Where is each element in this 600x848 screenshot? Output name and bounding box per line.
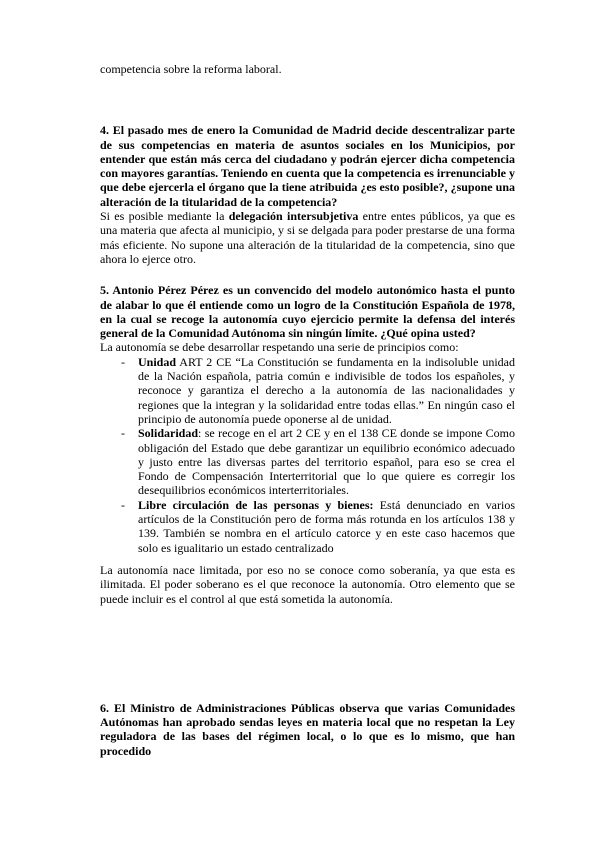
list-item: -Solidaridad: se recoge en el art 2 CE y… bbox=[100, 426, 515, 497]
bullet-unidad-text: ART 2 CE “La Constitución se fundamenta … bbox=[138, 355, 515, 426]
dash-bullet-marker: - bbox=[121, 498, 125, 512]
list-item: -Unidad ART 2 CE “La Constitución se fun… bbox=[100, 355, 515, 426]
list-item: -Libre circulación de las personas y bie… bbox=[100, 498, 515, 555]
document-content: competencia sobre la reforma laboral. 4.… bbox=[0, 0, 600, 758]
question-5-closing-paragraph: La autonomía nace limitada, por eso no s… bbox=[100, 563, 515, 606]
question-5-answer-intro: La autonomía se debe desarrollar respeta… bbox=[100, 340, 515, 354]
question-4-answer: Si es posible mediante la delegación int… bbox=[100, 209, 515, 266]
bullet-libre-circulacion-lead: Libre circulación de las personas y bien… bbox=[138, 498, 374, 512]
question-4-heading: 4. El pasado mes de enero la Comunidad d… bbox=[100, 123, 515, 209]
question-5-heading: 5. Antonio Pérez Pérez es un convencido … bbox=[100, 283, 515, 340]
document-page: competencia sobre la reforma laboral. 4.… bbox=[0, 0, 600, 848]
principles-list: -Unidad ART 2 CE “La Constitución se fun… bbox=[100, 355, 515, 555]
question-4-answer-bold-term: delegación intersubjetiva bbox=[229, 209, 359, 223]
question-6-heading: 6. El Ministro de Administraciones Públi… bbox=[100, 701, 515, 758]
leading-paragraph: competencia sobre la reforma laboral. bbox=[100, 62, 515, 76]
dash-bullet-marker: - bbox=[121, 355, 125, 369]
bullet-solidaridad-lead: Solidaridad bbox=[138, 426, 198, 440]
bullet-unidad-lead: Unidad bbox=[138, 355, 176, 369]
question-4-answer-pre: Si es posible mediante la bbox=[100, 209, 229, 223]
dash-bullet-marker: - bbox=[121, 426, 125, 440]
